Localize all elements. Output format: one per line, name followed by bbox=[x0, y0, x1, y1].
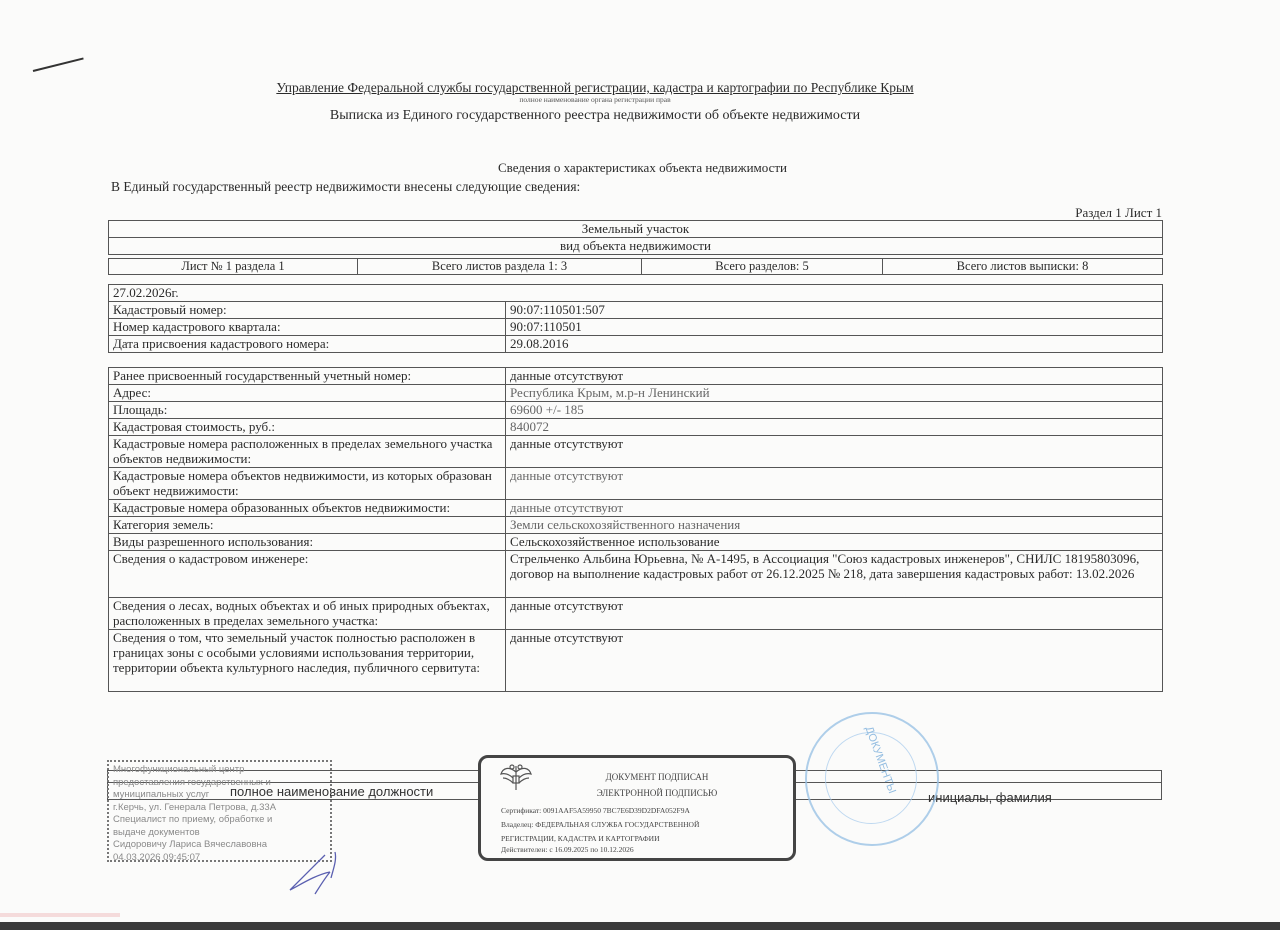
sheet-number: Лист № 1 раздела 1 bbox=[109, 259, 358, 275]
object-type-table: Земельный участок вид объекта недвижимос… bbox=[108, 220, 1163, 255]
row-label: Адрес: bbox=[109, 385, 506, 402]
object-type-caption: вид объекта недвижимости bbox=[109, 238, 1163, 255]
table-row: Дата присвоения кадастрового номера: 29.… bbox=[109, 336, 1163, 353]
table-row: Сведения о том, что земельный участок по… bbox=[109, 630, 1163, 692]
esig-subtitle: ЭЛЕКТРОННОЙ ПОДПИСЬЮ bbox=[481, 788, 793, 798]
row-label: Категория земель: bbox=[109, 517, 506, 534]
table-row: Сведения о лесах, водных объектах и об и… bbox=[109, 598, 1163, 630]
area-value: 69600 +/- 185 bbox=[506, 402, 1163, 419]
row-label: Кадастровые номера расположенных в преде… bbox=[109, 436, 506, 468]
row-label: Виды разрешенного использования: bbox=[109, 534, 506, 551]
row-label: Ранее присвоенный государственный учетны… bbox=[109, 368, 506, 385]
table-row: Адрес: Республика Крым, м.р-н Ленинский bbox=[109, 385, 1163, 402]
table-row: Виды разрешенного использования: Сельско… bbox=[109, 534, 1163, 551]
table-row: Номер кадастрового квартала: 90:07:11050… bbox=[109, 319, 1163, 336]
cadastral-quarter: 90:07:110501 bbox=[506, 319, 1163, 336]
document-title: Выписка из Единого государственного реес… bbox=[0, 108, 1190, 124]
intro-text: В Единый государственный реестр недвижим… bbox=[111, 179, 580, 195]
stamp-line: муниципальных услуг bbox=[113, 789, 326, 802]
stamp-line: предоставления государственных и bbox=[113, 777, 326, 790]
row-value: данные отсутствуют bbox=[506, 436, 1163, 468]
table-row: Площадь: 69600 +/- 185 bbox=[109, 402, 1163, 419]
address-value: Республика Крым, м.р-н Ленинский bbox=[506, 385, 1163, 402]
assignment-date: 29.08.2016 bbox=[506, 336, 1163, 353]
scan-smudge bbox=[0, 913, 120, 917]
table-row: Ранее присвоенный государственный учетны… bbox=[109, 368, 1163, 385]
object-type: Земельный участок bbox=[109, 221, 1163, 238]
row-value: данные отсутствуют bbox=[506, 598, 1163, 630]
total-sections: Всего разделов: 5 bbox=[642, 259, 883, 275]
characteristics-table: Ранее присвоенный государственный учетны… bbox=[108, 367, 1163, 692]
table-row: Кадастровый номер: 90:07:110501:507 bbox=[109, 302, 1163, 319]
extract-date: 27.02.2026г. bbox=[109, 285, 1163, 302]
stamp-line: выдаче документов bbox=[113, 827, 326, 840]
row-label: Кадастровый номер: bbox=[109, 302, 506, 319]
scan-edge bbox=[0, 922, 1280, 930]
esig-title: ДОКУМЕНТ ПОДПИСАН bbox=[481, 772, 793, 782]
row-label: Кадастровые номера объектов недвижимости… bbox=[109, 468, 506, 500]
row-label: Площадь: bbox=[109, 402, 506, 419]
row-label: Сведения о кадастровом инженере: bbox=[109, 551, 506, 598]
row-value: данные отсутствуют bbox=[506, 630, 1163, 692]
agency-name: Управление Федеральной службы государств… bbox=[0, 80, 1190, 96]
row-value: данные отсутствуют bbox=[506, 368, 1163, 385]
table-row: Кадастровая стоимость, руб.: 840072 bbox=[109, 419, 1163, 436]
stamp-line: Многофункциональный центр bbox=[113, 764, 326, 777]
table-row: Категория земель: Земли сельскохозяйстве… bbox=[109, 517, 1163, 534]
row-label: Кадастровые номера образованных объектов… bbox=[109, 500, 506, 517]
section-sheet-count: Всего листов раздела 1: 3 bbox=[358, 259, 642, 275]
section-subtitle: Сведения о характеристиках объекта недви… bbox=[0, 160, 1280, 176]
section-reference: Раздел 1 Лист 1 bbox=[1075, 205, 1162, 221]
esig-validity: Действителен: с 16.09.2025 по 10.12.2026 bbox=[501, 845, 634, 854]
sheet-info-table: Лист № 1 раздела 1 Всего листов раздела … bbox=[108, 258, 1163, 275]
row-label: Дата присвоения кадастрового номера: bbox=[109, 336, 506, 353]
name-caption: инициалы, фамилия bbox=[928, 790, 1052, 805]
permitted-use: Сельскохозяйственное использование bbox=[506, 534, 1163, 551]
stamp-line: Специалист по приему, обработке и bbox=[113, 814, 326, 827]
cadastral-number: 90:07:110501:507 bbox=[506, 302, 1163, 319]
esig-owner-line2: РЕГИСТРАЦИИ, КАДАСТРА И КАРТОГРАФИИ bbox=[501, 834, 660, 843]
table-row: Кадастровые номера образованных объектов… bbox=[109, 500, 1163, 517]
row-label: Сведения о лесах, водных объектах и об и… bbox=[109, 598, 506, 630]
pen-stroke-mark bbox=[33, 57, 84, 72]
row-label: Сведения о том, что земельный участок по… bbox=[109, 630, 506, 692]
esig-certificate: Сертификат: 0091AAF5A59950 7BC7E6D39D2DF… bbox=[501, 806, 690, 815]
table-row: Кадастровые номера объектов недвижимости… bbox=[109, 468, 1163, 500]
row-label: Номер кадастрового квартала: bbox=[109, 319, 506, 336]
handwritten-signature-icon bbox=[285, 850, 355, 895]
agency-note: полное наименование органа регистрации п… bbox=[0, 95, 1190, 104]
mfc-stamp: Многофункциональный центр предоставления… bbox=[107, 760, 332, 862]
row-value: данные отсутствуют bbox=[506, 500, 1163, 517]
cadastral-value: 840072 bbox=[506, 419, 1163, 436]
cadastral-engineer: Стрельченко Альбина Юрьевна, № А-1495, в… bbox=[506, 551, 1163, 598]
esig-owner-line1: Владелец: ФЕДЕРАЛЬНАЯ СЛУЖБА ГОСУДАРСТВЕ… bbox=[501, 820, 699, 829]
electronic-signature-stamp: ДОКУМЕНТ ПОДПИСАН ЭЛЕКТРОННОЙ ПОДПИСЬЮ С… bbox=[478, 755, 796, 861]
stamp-line: г.Керчь, ул. Генерала Петрова, д.33А bbox=[113, 802, 326, 815]
identification-table: 27.02.2026г. Кадастровый номер: 90:07:11… bbox=[108, 284, 1163, 353]
round-seal: ДОКУМЕНТЫ bbox=[805, 712, 939, 846]
land-category: Земли сельскохозяйственного назначения bbox=[506, 517, 1163, 534]
row-label: Кадастровая стоимость, руб.: bbox=[109, 419, 506, 436]
total-sheets: Всего листов выписки: 8 bbox=[883, 259, 1163, 275]
table-row: Кадастровые номера расположенных в преде… bbox=[109, 436, 1163, 468]
table-row: Сведения о кадастровом инженере: Стрельч… bbox=[109, 551, 1163, 598]
row-value: данные отсутствуют bbox=[506, 468, 1163, 500]
